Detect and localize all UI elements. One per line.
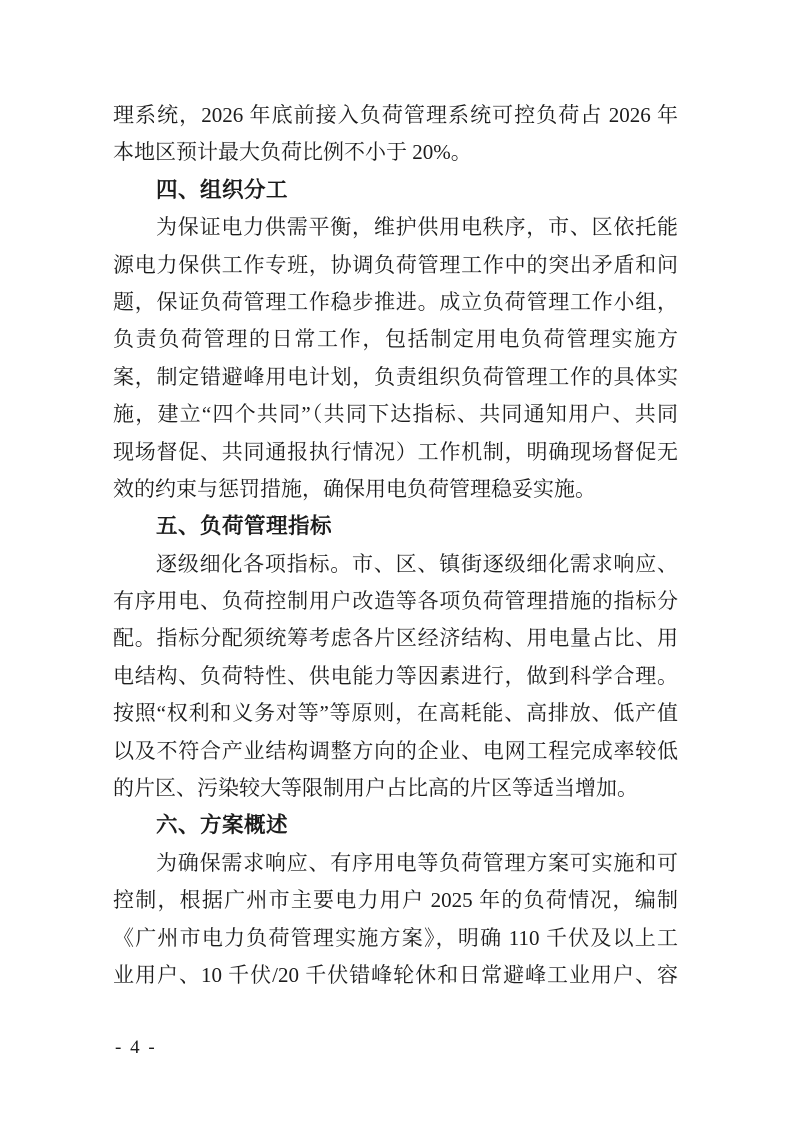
paragraph-line: 源电力保供工作专班，协调负荷管理工作中的突出矛盾和问: [113, 247, 678, 284]
paragraph-line: 业用户、10 千伏/20 千伏错峰轮休和日常避峰工业用户、容: [113, 957, 678, 994]
paragraph-line: 电结构、负荷特性、供电能力等因素进行，做到科学合理。: [113, 658, 678, 695]
paragraph-line: 配。指标分配须统筹考虑各片区经济结构、用电量占比、用: [113, 620, 678, 657]
section-heading-5: 五、负荷管理指标: [113, 508, 678, 545]
paragraph-line: 现场督促、共同通报执行情况）工作机制，明确现场督促无: [113, 434, 678, 471]
section-heading-4: 四、组织分工: [113, 172, 678, 209]
paragraph-line: 有序用电、负荷控制用户改造等各项负荷管理措施的指标分: [113, 583, 678, 620]
paragraph-line: 逐级细化各项指标。市、区、镇街逐级细化需求响应、: [113, 546, 678, 583]
section-heading-6: 六、方案概述: [113, 807, 678, 844]
document-page: 理系统，2026 年底前接入负荷管理系统可控负荷占 2026 年 本地区预计最大…: [0, 0, 793, 1122]
paragraph-line: 理系统，2026 年底前接入负荷管理系统可控负荷占 2026 年: [113, 97, 678, 134]
paragraph-line: 为保证电力供需平衡，维护供用电秩序，市、区依托能: [113, 209, 678, 246]
paragraph-line: 负责负荷管理的日常工作，包括制定用电负荷管理实施方: [113, 321, 678, 358]
paragraph-line: 以及不符合产业结构调整方向的企业、电网工程完成率较低: [113, 733, 678, 770]
paragraph-line: 效的约束与惩罚措施，确保用电负荷管理稳妥实施。: [113, 471, 678, 508]
paragraph-line: 《广州市电力负荷管理实施方案》，明确 110 千伏及以上工: [113, 920, 678, 957]
page-number: - 4 -: [115, 1034, 157, 1062]
paragraph-line: 控制，根据广州市主要电力用户 2025 年的负荷情况，编制: [113, 882, 678, 919]
paragraph-line: 案，制定错避峰用电计划，负责组织负荷管理工作的具体实: [113, 359, 678, 396]
paragraph-line: 题，保证负荷管理工作稳步推进。成立负荷管理工作小组，: [113, 284, 678, 321]
paragraph-line: 施，建立“四个共同”（共同下达指标、共同通知用户、共同: [113, 396, 678, 433]
paragraph-line: 按照“权利和义务对等”等原则，在高耗能、高排放、低产值: [113, 695, 678, 732]
paragraph-line: 为确保需求响应、有序用电等负荷管理方案可实施和可: [113, 845, 678, 882]
page-body-text: 理系统，2026 年底前接入负荷管理系统可控负荷占 2026 年 本地区预计最大…: [113, 97, 678, 994]
paragraph-line: 本地区预计最大负荷比例不小于 20%。: [113, 134, 678, 171]
paragraph-line: 的片区、污染较大等限制用户占比高的片区等适当增加。: [113, 770, 678, 807]
